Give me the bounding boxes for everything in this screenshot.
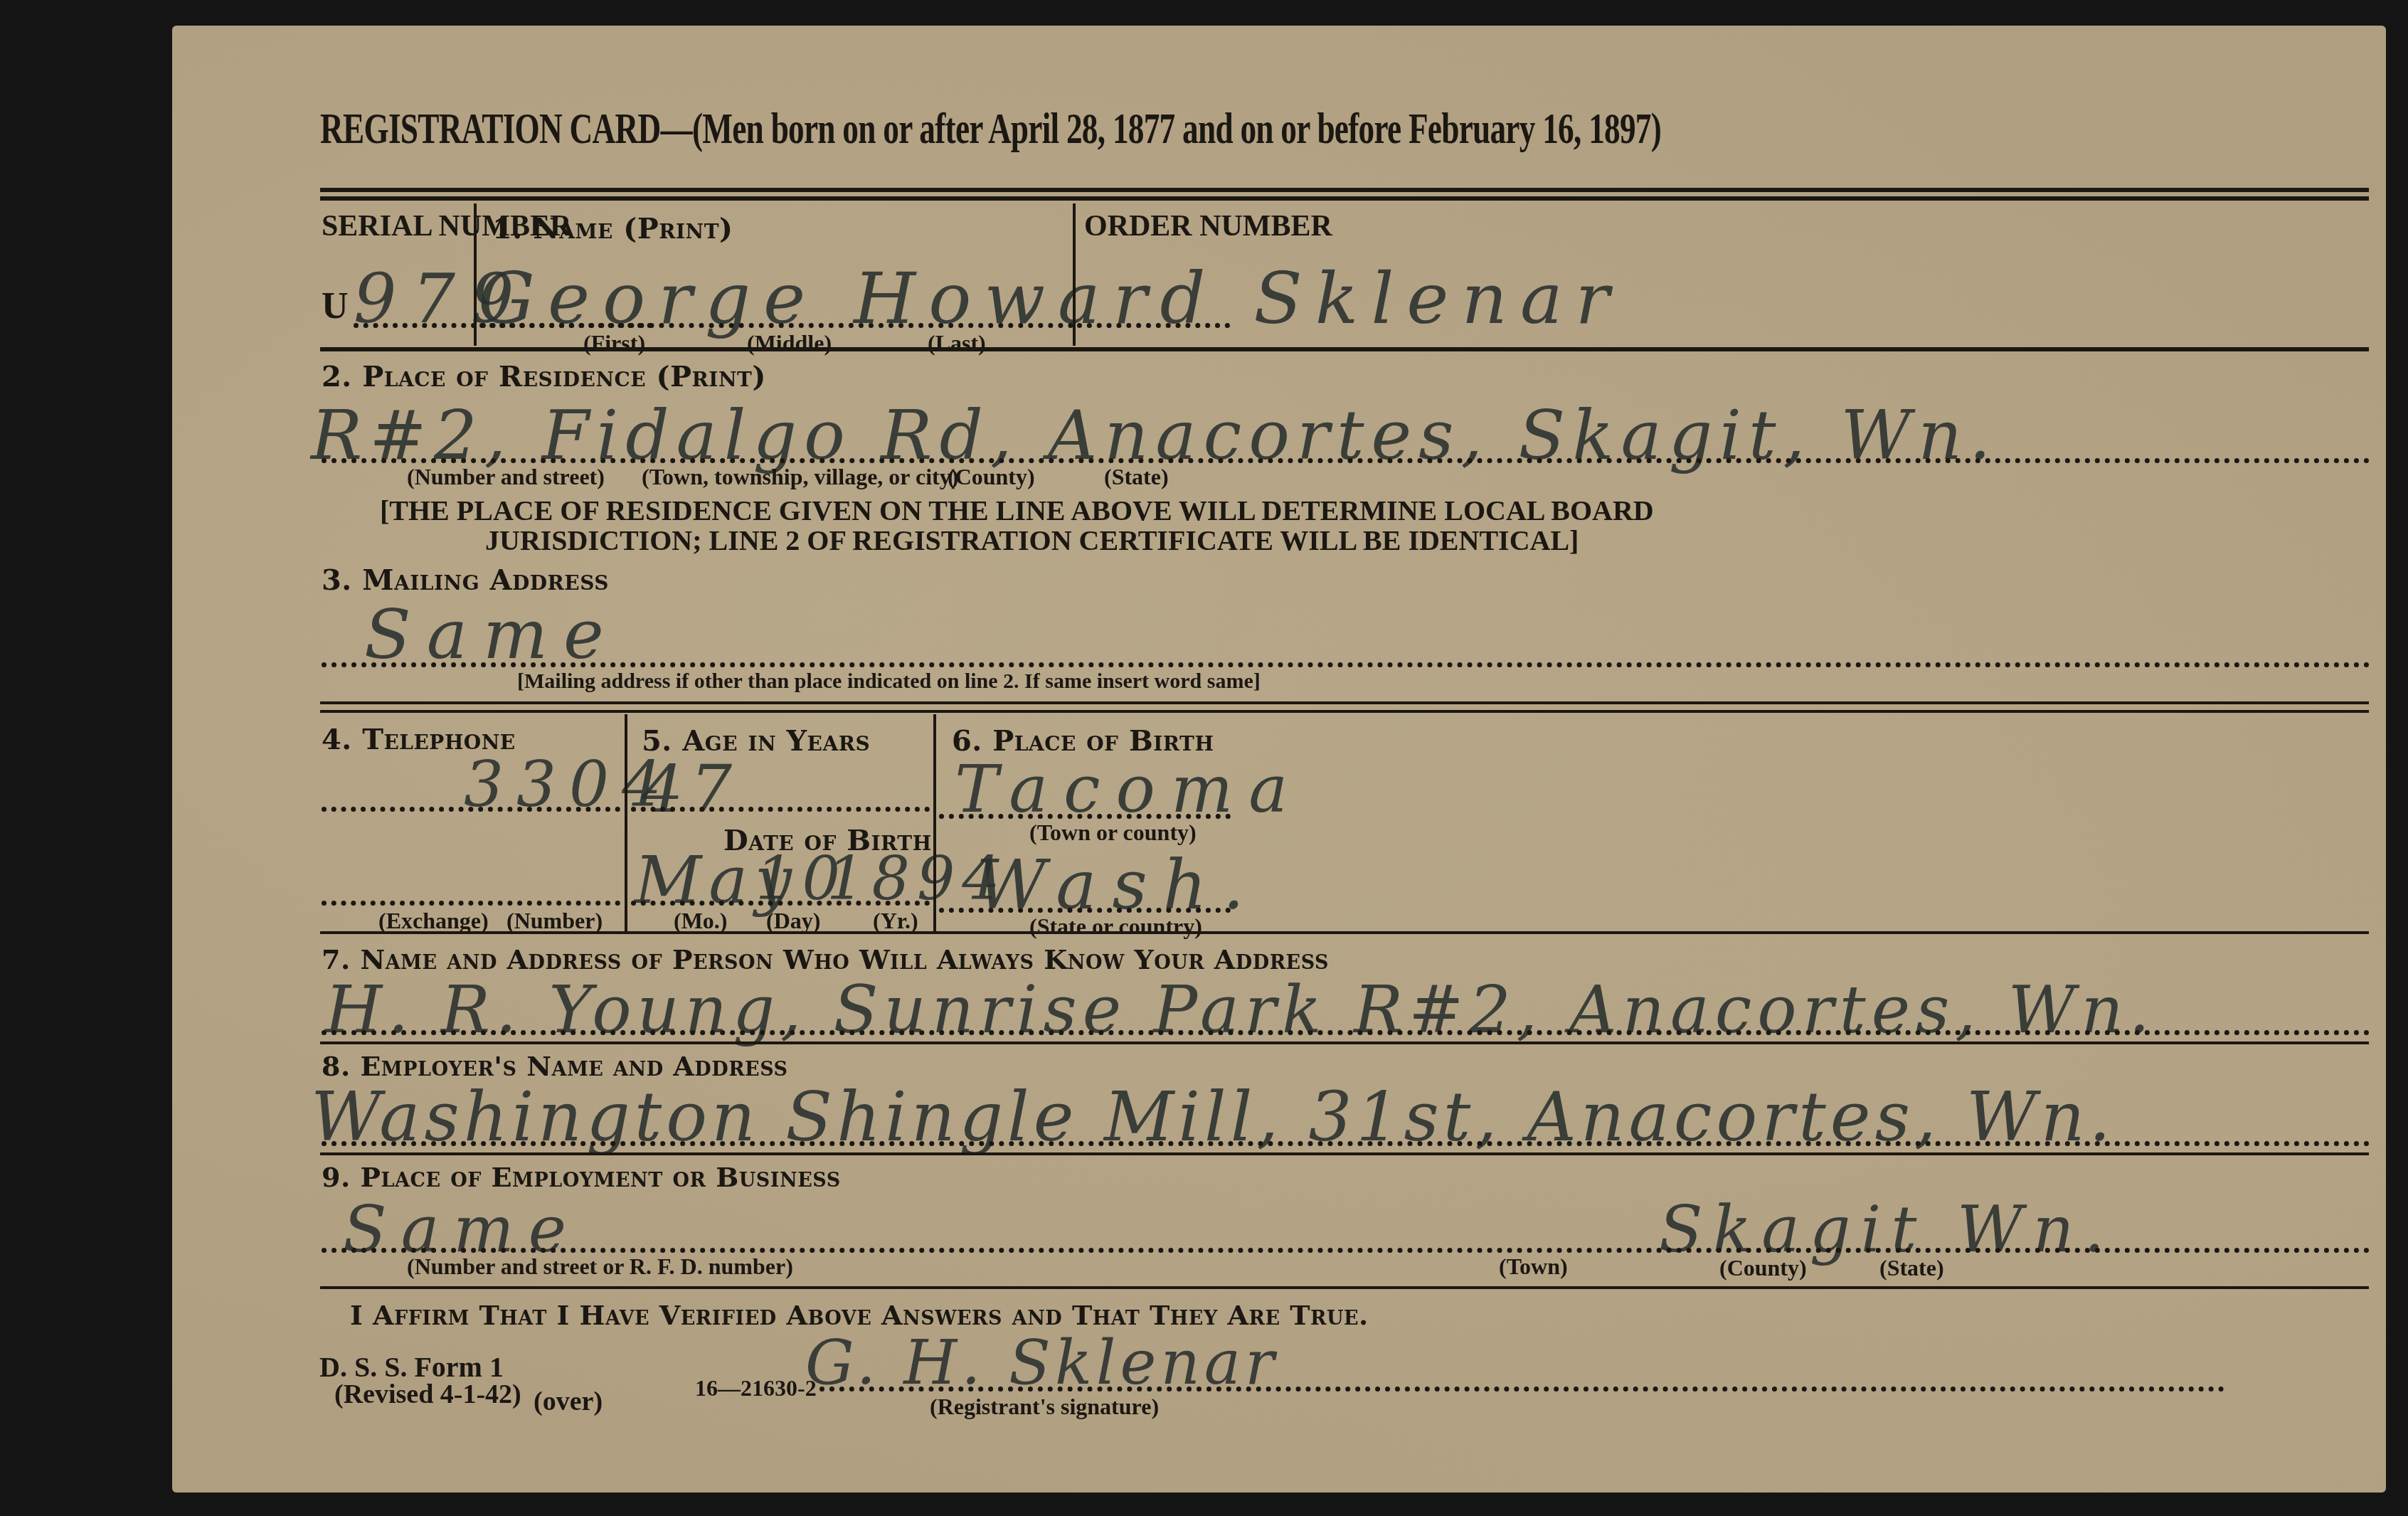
name-line — [479, 323, 1073, 328]
mailing-address-line — [322, 662, 2370, 667]
residence-label: 2. Place of Residence (Print) — [322, 360, 766, 393]
residence-sub-county: (County) — [948, 464, 1035, 490]
dob-line — [631, 901, 930, 906]
serial-prefix: U — [322, 285, 349, 327]
row-rule — [320, 1152, 2369, 1155]
contact-label: 7. Name and Address of Person Who Will A… — [322, 943, 1329, 975]
title-rule-bottom — [320, 196, 2369, 201]
contact-line — [322, 1030, 2370, 1035]
birthplace-sub-state: (State or country) — [1029, 913, 1202, 940]
divider — [933, 714, 936, 931]
registration-card: REGISTRATION CARD—(Men born on or after … — [172, 26, 2386, 1493]
birthplace-town-line — [939, 814, 1231, 819]
residence-sub-state: (State) — [1104, 464, 1169, 490]
mailing-address-label: 3. Mailing Address — [322, 563, 609, 597]
over-note: (over) — [534, 1386, 603, 1417]
telephone-sub-number: (Number) — [506, 908, 603, 934]
title-rule-top — [320, 188, 2369, 192]
form-revised: (Revised 4-1-42) — [334, 1379, 521, 1410]
employment-sub-town: (Town) — [1499, 1253, 1568, 1280]
mailing-address-note: [Mailing address if other than place ind… — [517, 669, 1261, 694]
employment-sub-state: (State) — [1879, 1255, 1944, 1281]
signature-label: (Registrant's signature) — [930, 1394, 1159, 1420]
order-number-label: ORDER NUMBER — [1084, 209, 1332, 243]
print-code: 16—21630-2 — [695, 1375, 817, 1401]
age-value: 47 — [642, 751, 739, 827]
telephone-sub-exchange: (Exchange) — [378, 908, 489, 934]
telephone-line-1 — [322, 807, 620, 812]
row-rule — [320, 347, 2369, 351]
row-rule — [320, 1041, 2369, 1044]
name-label: 1. Name (Print) — [492, 212, 733, 245]
row-rule — [320, 1286, 2369, 1289]
contact-value: H. R. Young, Sunrise Park R#2, Anacortes… — [325, 972, 2155, 1048]
name-sub-first: (First) — [583, 330, 645, 356]
card-title: REGISTRATION CARD—(Men born on or after … — [320, 104, 1661, 154]
divider — [1073, 203, 1076, 346]
telephone-line-2 — [322, 901, 620, 906]
birthplace-sub-town: (Town or county) — [1029, 820, 1197, 846]
divider — [625, 714, 627, 931]
employment-label: 9. Place of Employment or Business — [322, 1161, 841, 1193]
order-number-line — [1077, 323, 1230, 328]
age-line — [631, 807, 930, 812]
dob-sub-yr: (Yr.) — [873, 908, 918, 934]
row-rule — [320, 701, 2369, 704]
residence-sub-street: (Number and street) — [407, 464, 605, 490]
name-sub-last: (Last) — [928, 330, 986, 356]
signature-line — [820, 1387, 2224, 1392]
birthplace-state-line — [939, 908, 1231, 913]
dob-sub-mo: (Mo.) — [674, 908, 728, 934]
residence-notice-line2: JURISDICTION; LINE 2 OF REGISTRATION CER… — [485, 524, 1579, 557]
residence-notice-line1: [THE PLACE OF RESIDENCE GIVEN ON THE LIN… — [380, 494, 1654, 527]
divider — [474, 203, 477, 346]
row-rule — [320, 931, 2369, 934]
dob-sub-day: (Day) — [766, 908, 820, 934]
residence-line — [322, 458, 2370, 463]
affirmation-text: I Affirm That I Have Verified Above Answ… — [350, 1299, 1369, 1331]
employment-line — [322, 1248, 2370, 1253]
name-sub-middle: (Middle) — [747, 330, 832, 356]
row-rule — [320, 710, 2369, 713]
employer-line — [322, 1141, 2370, 1146]
employment-sub-street: (Number and street or R. F. D. number) — [407, 1253, 793, 1280]
employment-sub-county: (County) — [1719, 1255, 1807, 1281]
residence-sub-town: (Town, township, village, or city) — [642, 464, 958, 490]
